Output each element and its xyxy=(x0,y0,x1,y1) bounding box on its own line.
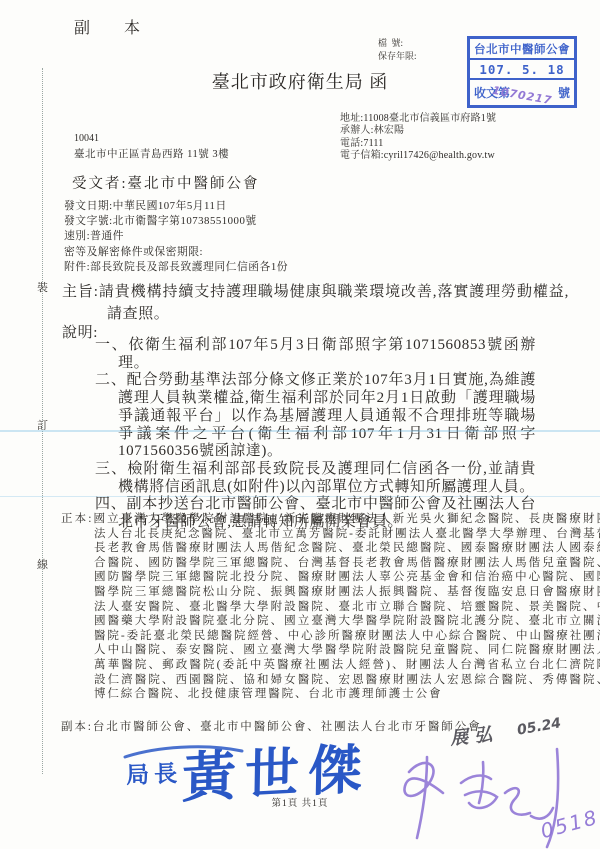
item-number: 二、 xyxy=(95,372,127,388)
meta-security: 密等及解密條件或保密期限: xyxy=(64,245,288,260)
meta-speed: 速別:普通件 xyxy=(64,229,288,244)
recipient-line: 受文者:臺北市中醫師公會 xyxy=(72,172,260,193)
item-text: 檢附衛生福利部部長致院長及護理同仁信函各一份,並請貴機構將信函訊息(如附件)以內… xyxy=(118,461,536,495)
explanation-items: 一、依衛生福利部107年5月3日衛部照字第1071560853號函辦理。 二、配… xyxy=(95,337,536,532)
list-item-1: 一、依衛生福利部107年5月3日衛部照字第1071560853號函辦理。 xyxy=(95,337,536,372)
receipt-stamp: 台北市中醫師公會 107. 5. 18 收文第 號 1070217 xyxy=(467,36,577,108)
stamp-receipt-number-handwritten: 1070217 xyxy=(491,84,553,107)
list-item-3: 三、檢附衛生福利部部長致院長及護理同仁信函各一份,並請貴機構將信函訊息(如附件)… xyxy=(95,461,536,496)
item-number: 一、 xyxy=(95,337,128,353)
scan-artifact-line xyxy=(0,430,600,432)
explanation-label: 說明: xyxy=(62,321,98,342)
contact-email: 電子信箱:cyril17426@health.gov.tw xyxy=(340,150,496,162)
scan-artifact-line xyxy=(0,496,600,497)
item-text: 依衛生福利部107年5月3日衛部照字第1071560853號函辦理。 xyxy=(118,337,536,371)
item-text: 配合勞動基準法部分條文修正業於107年3月1日實施,為維護護理人員執業權益,衛生… xyxy=(118,372,536,459)
page-footer: 第1頁 共1頁 xyxy=(0,795,600,809)
copy-label: 副 本 xyxy=(74,15,155,38)
handwritten-note-name: 展弘 xyxy=(449,720,499,751)
scanned-official-letter: 副 本 檔 號: 保存年限: 臺北市政府衛生局 函 台北市中醫師公會 107. … xyxy=(0,0,600,849)
sender-zip: 10041 xyxy=(74,133,99,144)
binding-mark-xian: 線 xyxy=(36,556,49,572)
contact-person: 承辦人:林宏陽 xyxy=(340,125,496,137)
file-no-label: 檔 號: xyxy=(378,37,417,50)
stamp-receipt-row: 收文第 號 1070217 xyxy=(470,80,574,105)
sender-address: 臺北市中正區青島西路 11號 3樓 xyxy=(74,146,229,161)
contact-block: 地址:11008臺北市信義區市府路1號 承辦人:林宏陽 電話:7111 電子信箱… xyxy=(340,113,496,163)
stamp-receipt-suffix: 號 xyxy=(558,84,570,101)
item-number: 三、 xyxy=(95,461,127,477)
meta-issue-date: 發文日期:中華民國107年5月11日 xyxy=(64,199,288,214)
meta-block: 發文日期:中華民國107年5月11日 發文字號:北市衛醫字第1073855100… xyxy=(64,199,288,275)
meta-attachment: 附件:部長致院長及部長致護理同仁信函各1份 xyxy=(64,260,288,275)
meta-doc-number: 發文字號:北市衛醫字第10738551000號 xyxy=(64,214,288,229)
contact-address: 地址:11008臺北市信義區市府路1號 xyxy=(340,113,496,125)
subject-block: 主旨:請貴機構持續支持護理職場健康與職業環境改善,落實護理勞動權益,請查照。 xyxy=(62,282,569,326)
handwritten-purple-digits: 0518 xyxy=(538,805,600,843)
subject-text: 請貴機構持續支持護理職場健康與職業環境改善,落實護理勞動權益,請查照。 xyxy=(99,284,569,322)
original-list: 國立臺灣大學醫學院附設醫院、新光醫療財團法人新光吳火獅紀念醫院、長庚醫療財團法人… xyxy=(93,513,600,700)
document-title: 臺北市政府衛生局 函 xyxy=(150,68,450,94)
original-recipients: 正本:國立臺灣大學醫學院附設醫院、新光醫療財團法人新光吳火獅紀念醫院、長庚醫療財… xyxy=(61,512,600,702)
stamp-date: 107. 5. 18 xyxy=(470,60,574,80)
copy-list-label: 副本: xyxy=(61,721,93,733)
list-item-2: 二、配合勞動基準法部分條文修正業於107年3月1日實施,為維護護理人員執業權益,… xyxy=(95,372,536,461)
subject-label: 主旨: xyxy=(62,284,99,300)
retention-label: 保存年限: xyxy=(378,50,417,63)
binding-mark-zhuang: 裝 xyxy=(36,279,49,295)
original-label: 正本: xyxy=(61,513,93,525)
contact-phone: 電話:7111 xyxy=(340,138,496,150)
signature-title: 局長 xyxy=(125,755,182,790)
file-number-block: 檔 號: 保存年限: xyxy=(378,37,417,63)
stamp-org: 台北市中醫師公會 xyxy=(470,39,574,60)
item-number: 四、 xyxy=(95,496,127,512)
